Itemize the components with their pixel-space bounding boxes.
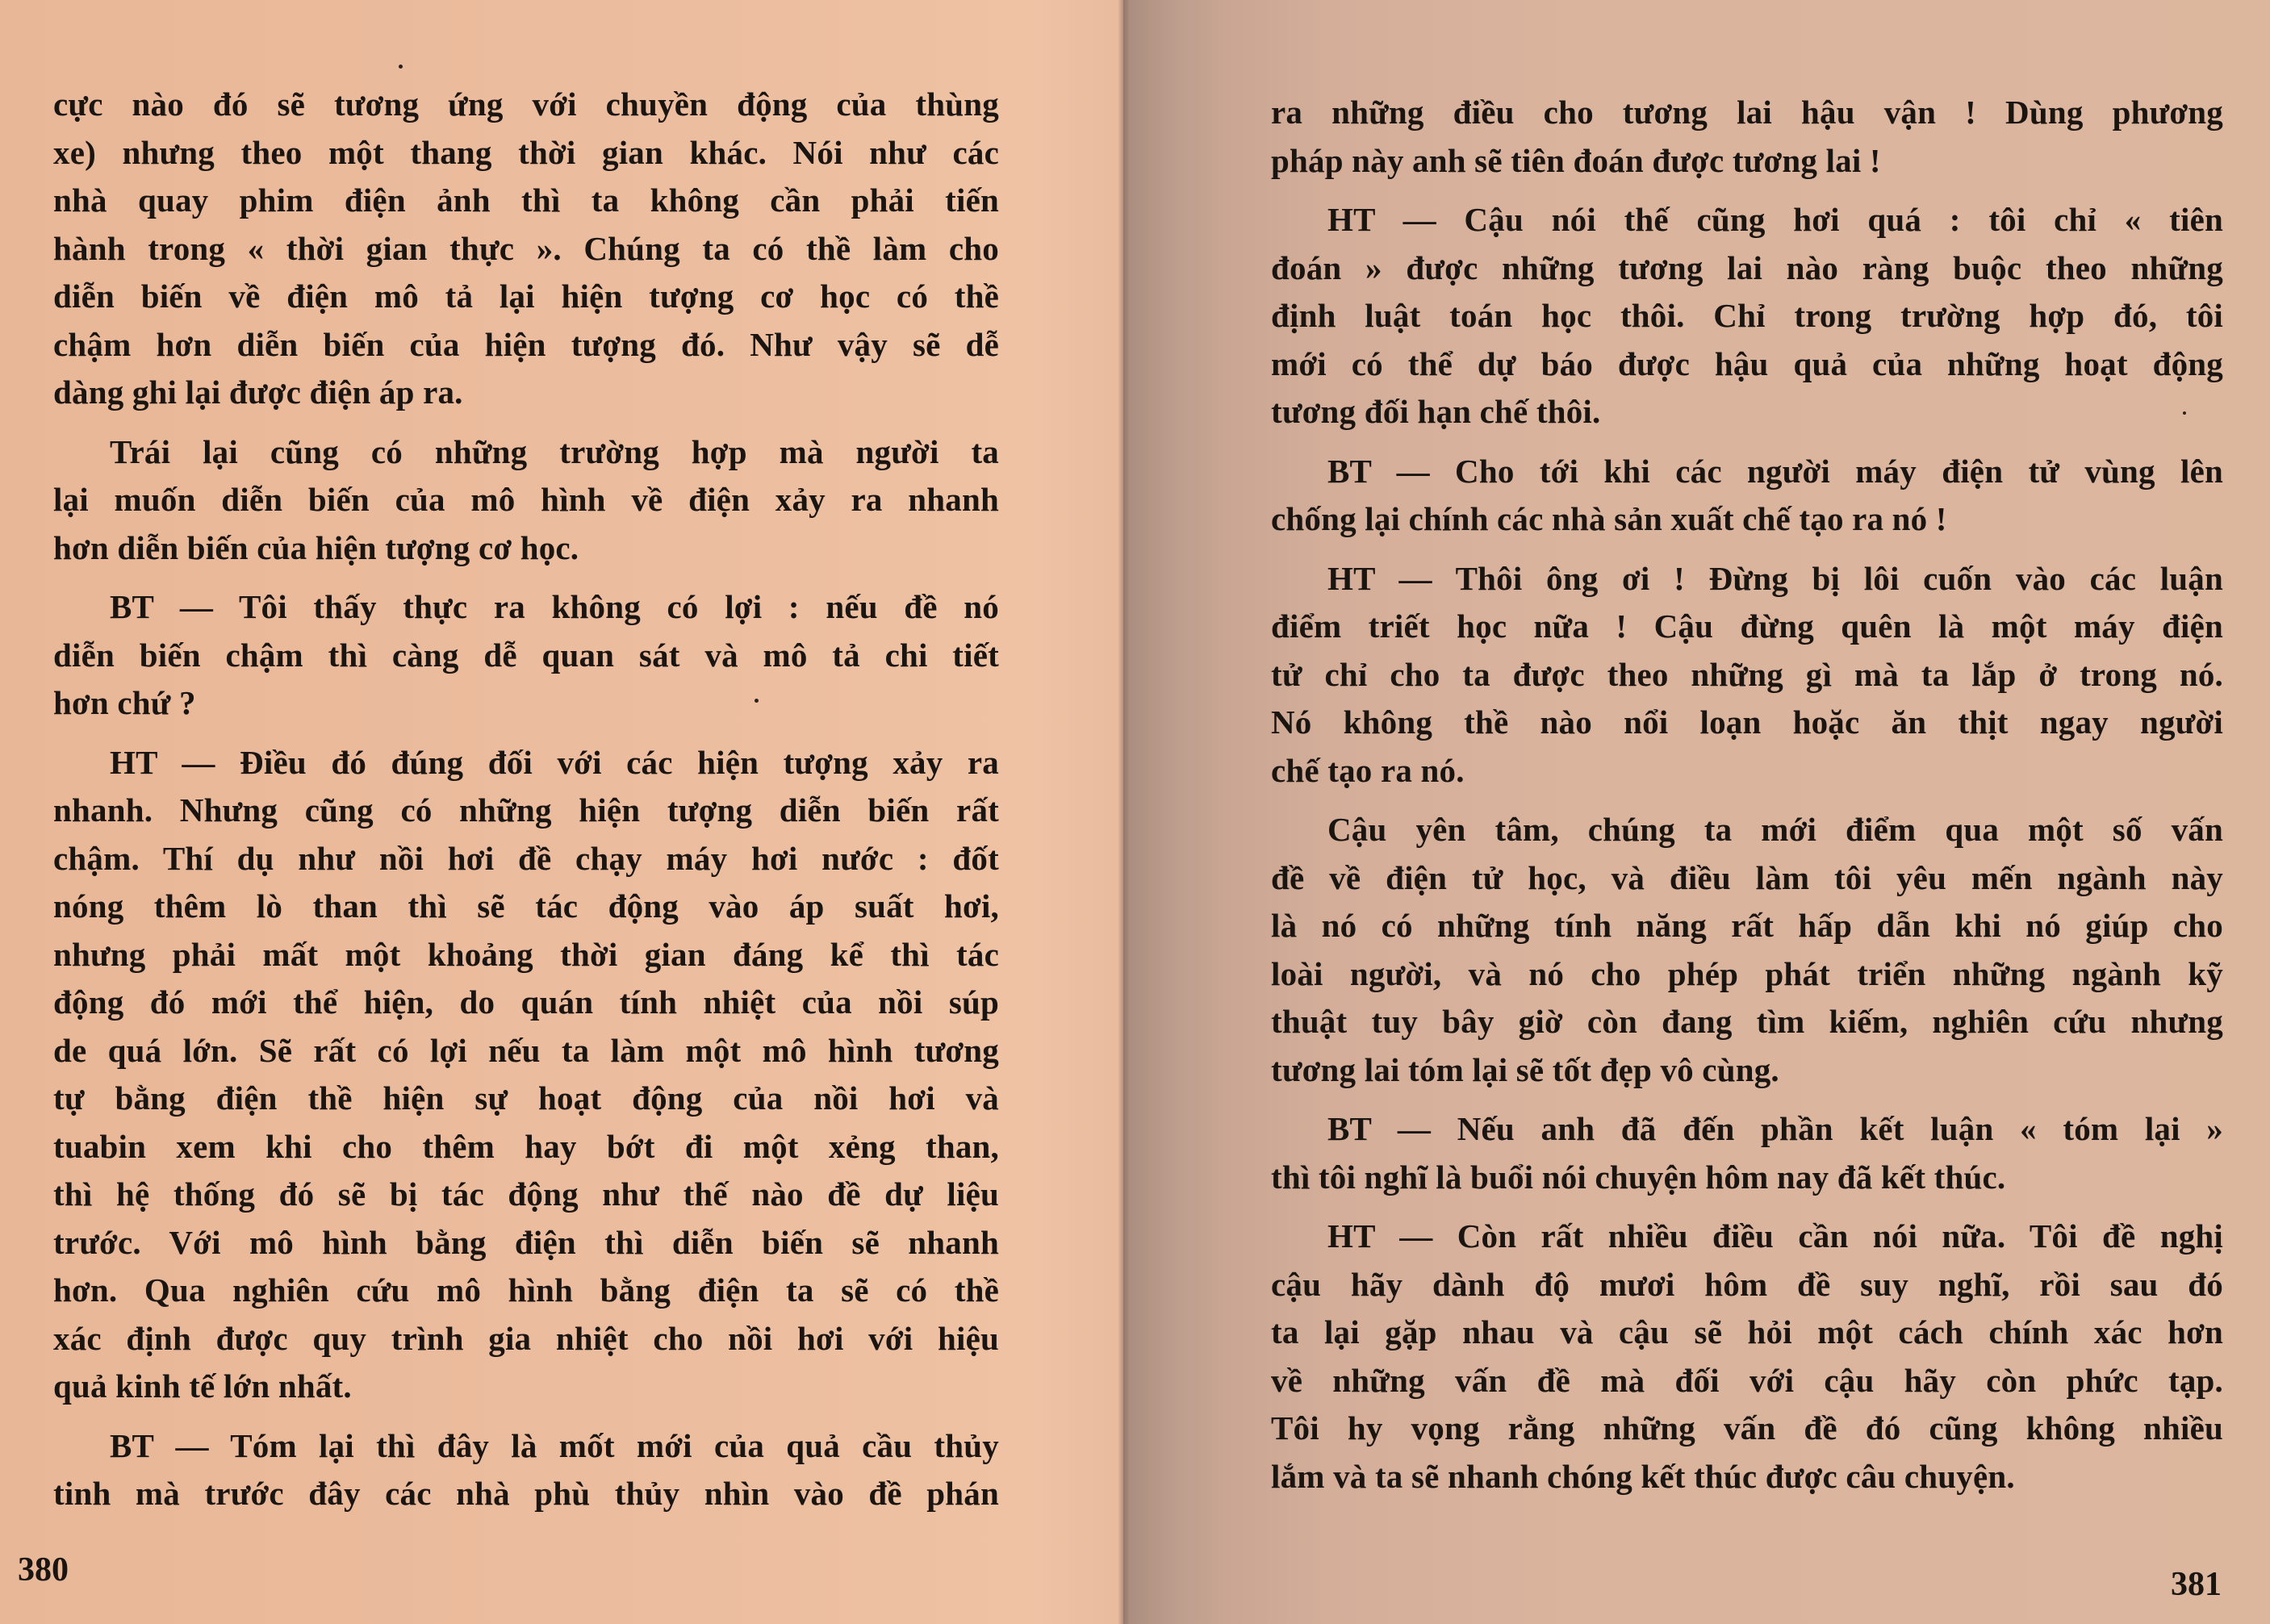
text-line: tương lai tóm lại sẽ tốt đẹp vô cùng. — [1271, 1046, 2223, 1095]
text-line: HT — Thôi ông ơi ! Đừng bị lôi cuốn vào … — [1271, 555, 2223, 603]
text-line: động đó mới thể hiện, do quán tính nhiệt… — [53, 979, 999, 1027]
text-line: định luật toán học thôi. Chỉ trong trườn… — [1271, 292, 2223, 340]
page-number-left: 380 — [18, 1551, 69, 1589]
text-line: loài người, và nó cho phép phát triển nh… — [1271, 950, 2223, 999]
text-line: là nó có những tính năng rất hấp dẫn khi… — [1271, 902, 2223, 950]
text-line: nóng thêm lò than thì sẽ tác động vào áp… — [53, 883, 999, 931]
text-line: Nó không thề nào nổi loạn hoặc ăn thịt n… — [1271, 699, 2223, 747]
paragraph-gap — [1271, 185, 2223, 196]
text-line: cực nào đó sẽ tương ứng với chuyền động … — [53, 81, 999, 129]
text-line: tương đối hạn chế thôi. — [1271, 388, 2223, 436]
paragraph-gap — [53, 1411, 999, 1422]
dialogue-paragraph-ht: HT — Còn rất nhiều điều cần nói nữa. Tôi… — [1271, 1213, 2223, 1501]
text-line: hơn chứ ? — [53, 679, 999, 728]
text-line: ra những điều cho tương lai hậu vận ! Dù… — [1271, 89, 2223, 137]
dialogue-paragraph-bt: BT — Cho tới khi các người máy điện tử v… — [1271, 448, 2223, 544]
text-line: hơn diễn biến của hiện tượng cơ học. — [53, 524, 999, 573]
text-line: tuabin xem khi cho thêm hay bớt đi một x… — [53, 1123, 999, 1171]
text-line: HT — Điều đó đúng đối với các hiện tượng… — [53, 739, 999, 787]
text-line: pháp này anh sẽ tiên đoán được tương lai… — [1271, 137, 2223, 186]
right-page-text: ra những điều cho tương lai hậu vận ! Dù… — [1271, 89, 2223, 1501]
text-line: nhà quay phim điện ảnh thì ta không cần … — [53, 177, 999, 225]
paragraph: ra những điều cho tương lai hậu vận ! Dù… — [1271, 89, 2223, 185]
print-speck — [755, 699, 759, 703]
paragraph: Cậu yên tâm, chúng ta mới điểm qua một s… — [1271, 806, 2223, 1094]
text-line: xe) nhưng theo một thang thời gian khác.… — [53, 129, 999, 177]
paragraph-gap — [1271, 1094, 2223, 1105]
text-line: ta lại gặp nhau và cậu sẽ hỏi một cách c… — [1271, 1309, 2223, 1357]
text-line: diễn biến về điện mô tả lại hiện tượng c… — [53, 273, 999, 321]
paragraph-gap — [1271, 436, 2223, 448]
print-speck — [399, 65, 403, 69]
text-line: trước. Với mô hình bằng điện thì diễn bi… — [53, 1219, 999, 1267]
text-line: đoán » được những tương lai nào ràng buộ… — [1271, 244, 2223, 293]
text-line: HT — Còn rất nhiều điều cần nói nữa. Tôi… — [1271, 1213, 2223, 1261]
print-speck — [2183, 411, 2186, 415]
paragraph: Trái lại cũng có những trường hợp mà ngư… — [53, 428, 999, 573]
text-line: về những vấn đề mà đối với cậu hãy còn p… — [1271, 1357, 2223, 1405]
text-line: mới có thể dự báo được hậu quả của những… — [1271, 340, 2223, 389]
dialogue-paragraph-ht: HT — Điều đó đúng đối với các hiện tượng… — [53, 739, 999, 1411]
text-line: HT — Cậu nói thế cũng hơi quá : tôi chỉ … — [1271, 196, 2223, 244]
left-page-text: cực nào đó sẽ tương ứng với chuyền động … — [53, 81, 999, 1518]
text-line: chậm hơn diễn biến của hiện tượng đó. Nh… — [53, 321, 999, 369]
text-line: tử chỉ cho ta được theo những gì mà ta l… — [1271, 651, 2223, 699]
text-line: hơn. Qua nghiên cứu mô hình bằng điện ta… — [53, 1267, 999, 1315]
book-spread: cực nào đó sẽ tương ứng với chuyền động … — [0, 0, 2270, 1624]
text-line: hành trong « thời gian thực ». Chúng ta … — [53, 225, 999, 273]
paragraph-gap — [1271, 544, 2223, 555]
paragraph-gap — [1271, 1201, 2223, 1213]
text-line: nhưng phải mất một khoảng thời gian đáng… — [53, 931, 999, 979]
text-line: nhanh. Nhưng cũng có những hiện tượng di… — [53, 787, 999, 835]
dialogue-paragraph-bt: BT — Tóm lại thì đây là mốt mới của quả … — [53, 1422, 999, 1518]
text-line: quả kinh tế lớn nhất. — [53, 1363, 999, 1411]
text-line: lại muốn diễn biến của mô hình về điện x… — [53, 476, 999, 524]
dialogue-paragraph-bt: BT — Nếu anh đã đến phần kết luận « tóm … — [1271, 1105, 2223, 1201]
text-line: lắm và ta sẽ nhanh chóng kết thúc được c… — [1271, 1453, 2223, 1501]
text-line: thì hệ thống đó sẽ bị tác động như thế n… — [53, 1171, 999, 1219]
text-line: thì tôi nghĩ là buổi nói chuyện hôm nay … — [1271, 1154, 2223, 1202]
paragraph-gap — [1271, 795, 2223, 806]
text-line: tinh mà trước đây các nhà phù thủy nhìn … — [53, 1470, 999, 1518]
text-line: chế tạo ra nó. — [1271, 747, 2223, 795]
text-line: diễn biến chậm thì càng dễ quan sát và m… — [53, 632, 999, 680]
dialogue-paragraph-ht: HT — Cậu nói thế cũng hơi quá : tôi chỉ … — [1271, 196, 2223, 436]
text-line: BT — Cho tới khi các người máy điện tử v… — [1271, 448, 2223, 496]
book-gutter-fold — [1118, 0, 1129, 1624]
paragraph: cực nào đó sẽ tương ứng với chuyền động … — [53, 81, 999, 417]
dialogue-paragraph-bt: BT — Tôi thấy thực ra không có lợi : nếu… — [53, 583, 999, 728]
paragraph-gap — [53, 728, 999, 739]
text-line: cậu hãy dành độ mươi hôm đề suy nghĩ, rồ… — [1271, 1261, 2223, 1309]
page-number-right: 381 — [2171, 1565, 2222, 1604]
text-line: chậm. Thí dụ như nồi hơi đề chạy máy hơi… — [53, 835, 999, 883]
paragraph-gap — [53, 417, 999, 428]
text-line: xác định được quy trình gia nhiệt cho nồ… — [53, 1315, 999, 1363]
text-line: Trái lại cũng có những trường hợp mà ngư… — [53, 428, 999, 477]
text-line: Cậu yên tâm, chúng ta mới điểm qua một s… — [1271, 806, 2223, 854]
text-line: chống lại chính các nhà sản xuất chế tạo… — [1271, 495, 2223, 544]
text-line: Tôi hy vọng rằng những vấn đề đó cũng kh… — [1271, 1405, 2223, 1453]
text-line: BT — Tóm lại thì đây là mốt mới của quả … — [53, 1422, 999, 1471]
text-line: de quá lớn. Sẽ rất có lợi nếu ta làm một… — [53, 1027, 999, 1075]
text-line: đề về điện tử học, và điều làm tôi yêu m… — [1271, 854, 2223, 903]
text-line: điểm triết học nữa ! Cậu đừng quên là mộ… — [1271, 603, 2223, 651]
dialogue-paragraph-ht: HT — Thôi ông ơi ! Đừng bị lôi cuốn vào … — [1271, 555, 2223, 795]
text-line: thuật tuy bây giờ còn đang tìm kiếm, ngh… — [1271, 998, 2223, 1046]
paragraph-gap — [53, 572, 999, 583]
text-line: dàng ghi lại được điện áp ra. — [53, 369, 999, 417]
text-line: BT — Nếu anh đã đến phần kết luận « tóm … — [1271, 1105, 2223, 1154]
text-line: tự bằng điện thề hiện sự hoạt động của n… — [53, 1075, 999, 1123]
text-line: BT — Tôi thấy thực ra không có lợi : nếu… — [53, 583, 999, 632]
